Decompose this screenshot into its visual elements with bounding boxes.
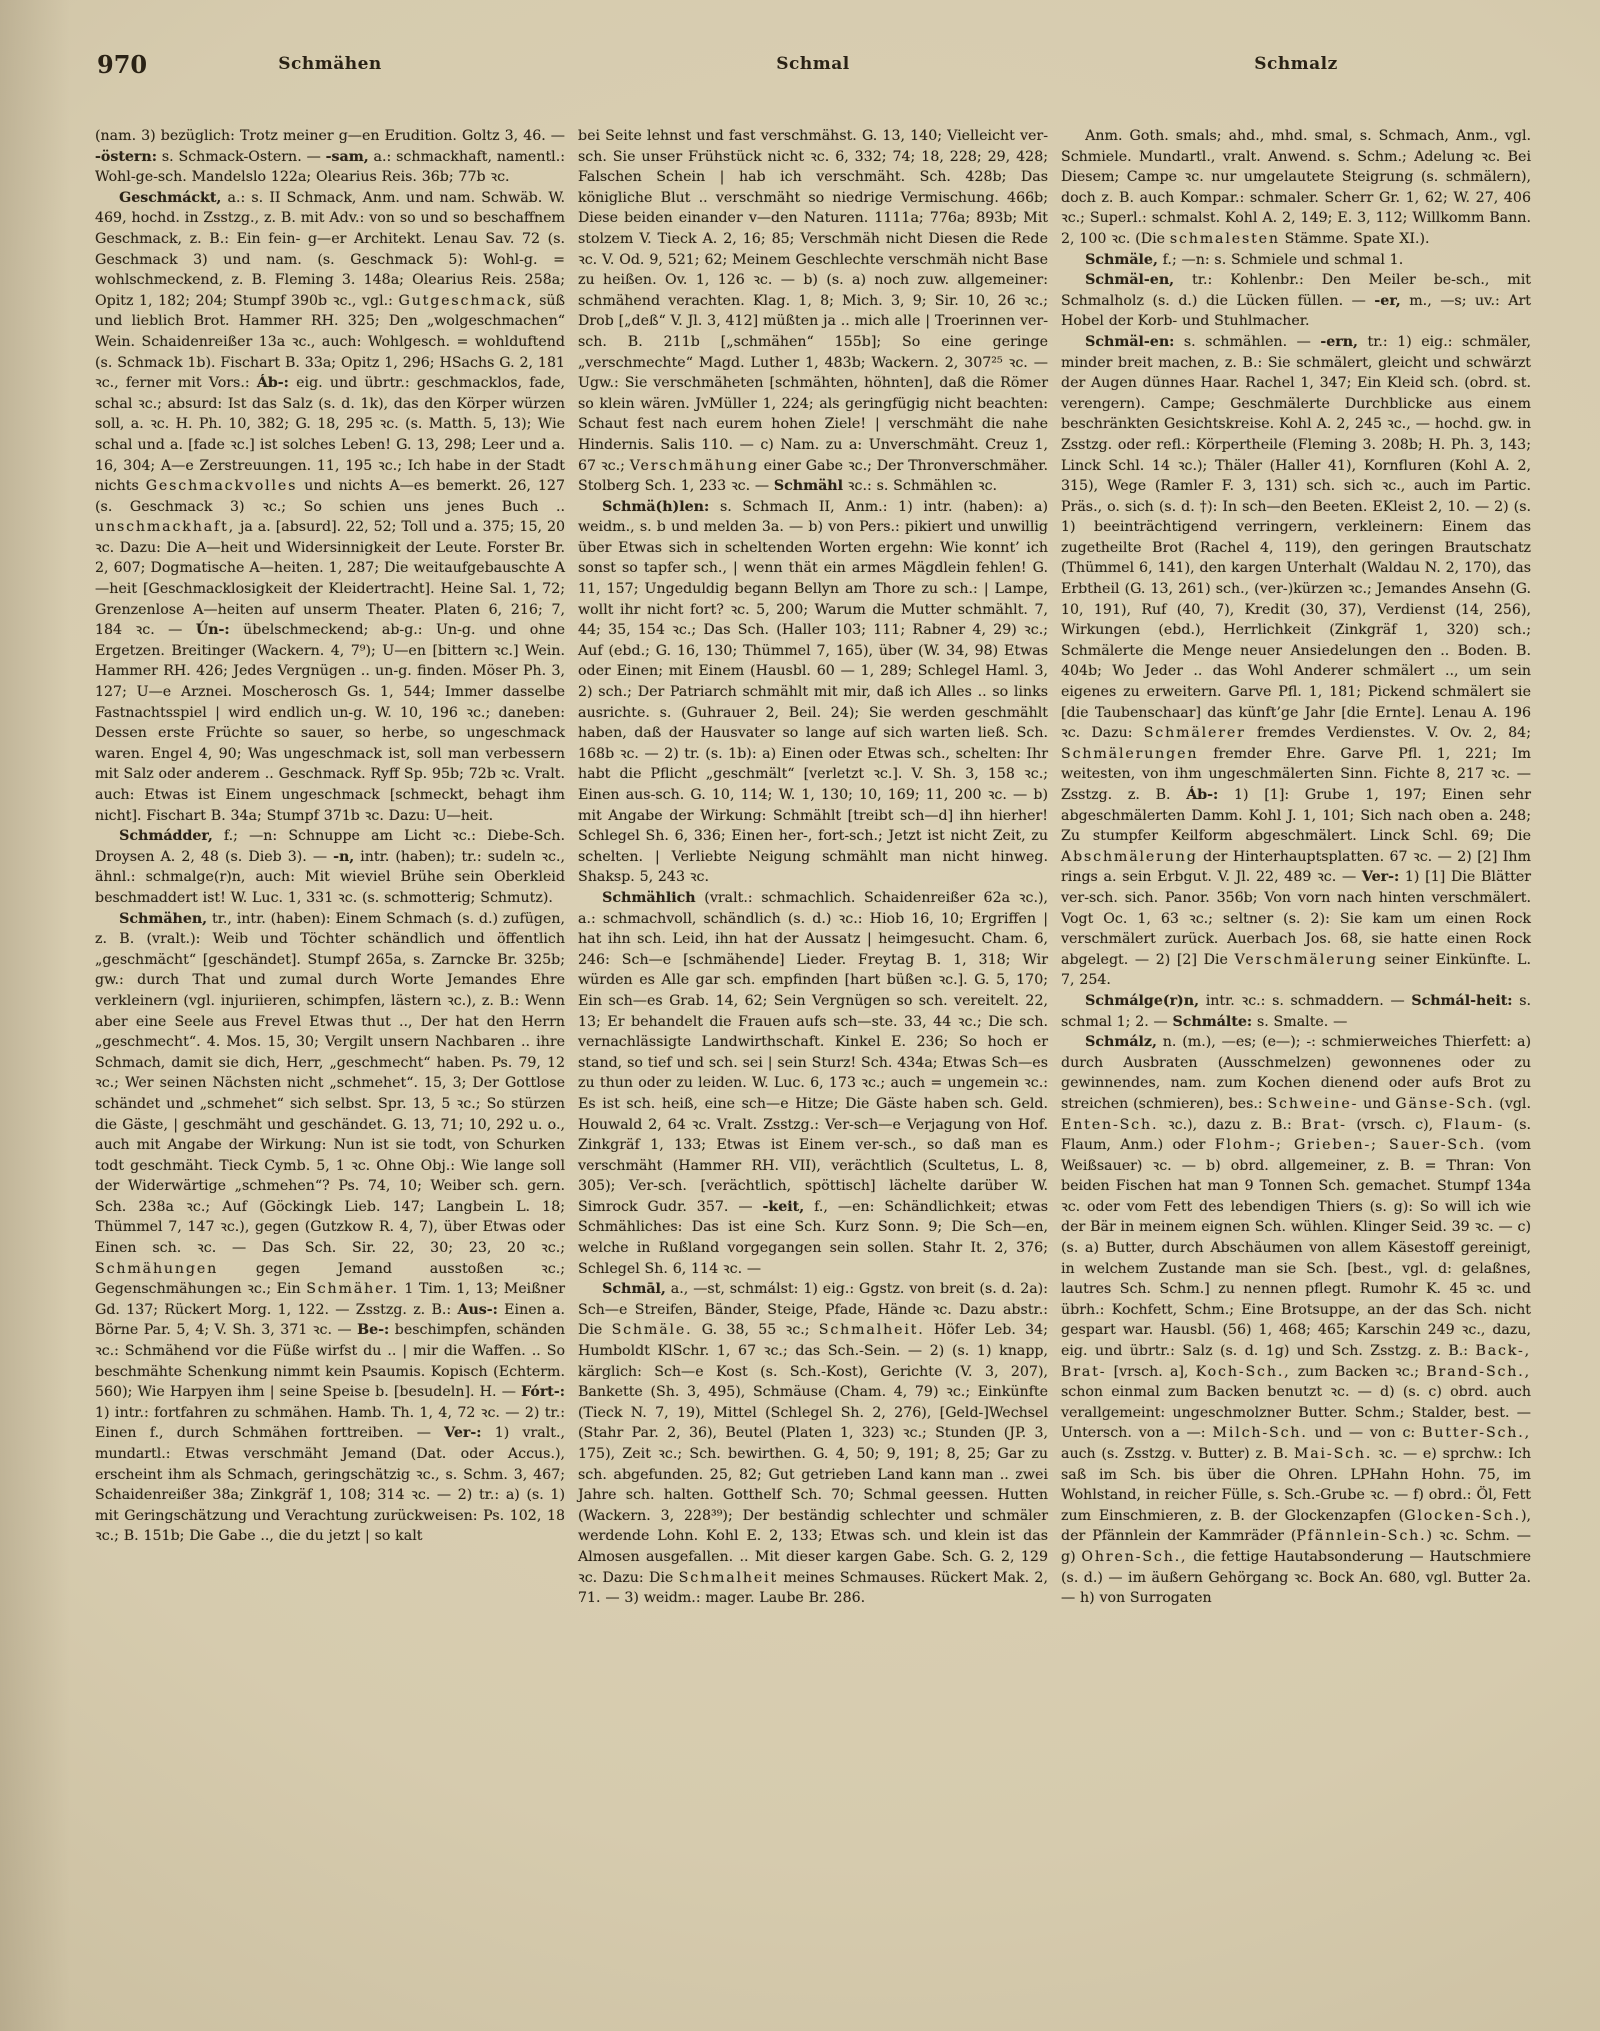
headword: Be-: [357,1322,389,1338]
headword: Schmádder, [119,828,213,844]
running-head: Schmähen Schmal Schmalz [95,54,1531,74]
text-segment: und — von c: [1308,1425,1422,1441]
text-segment: auch (s. Zsstzg. v. Butter) z. B. [1061,1446,1294,1462]
text-segment: a.: s. II Schmack, Anm. und nam. Schwäb.… [95,190,565,309]
spaced-text: Pfännlein-Sch. [1296,1528,1426,1544]
headword: Fórt-: [521,1384,565,1400]
entry-paragraph: Anm. Goth. smals; ahd., mhd. smal, s. Sc… [1061,126,1531,250]
text-segment: eig. und übrtr.: geschmacklos, fade, sch… [95,375,565,494]
text-segment: s. schmählen. — [1174,334,1320,350]
headword: -n, [333,849,354,865]
text-segment: übelschmeckend; ab-g.: Un-g. und ohne Er… [95,622,565,823]
headword: -keit, [763,1199,805,1215]
text-column-2: bei Seite lehnst und fast verschmähst. G… [578,126,1048,1609]
text-segment: fremdes Verdienstes. V. Ov. 2, 84; [1246,725,1531,741]
headword: -ern, [1320,334,1358,350]
entry-paragraph: Schmádder, f.; —n: Schnuppe am Licht ꝛc.… [95,826,565,908]
text-segment: G. 38, 55 ꝛc.; [693,1322,819,1338]
running-head-center: Schmal [578,54,1048,74]
headword: Schmählich [602,890,695,906]
entry-paragraph: (nam. 3) bezüglich: Trotz meiner g—en Er… [95,126,565,188]
spaced-text: Ohren-Sch., [1081,1549,1187,1565]
spaced-text: Brat- [1301,1117,1346,1133]
text-segment: (vom Weißsauer) ꝛc. — b) obrd. allgemein… [1061,1137,1531,1359]
spaced-text: Enten-Sch. [1061,1117,1158,1133]
text-segment: (vralt.: schmachlich. Schaidenreißer 62a… [578,890,1048,1215]
headword: Schmálz, [1085,1034,1157,1050]
text-segment: s. Schmach II, Anm.: 1) intr. (haben): a… [578,499,1048,886]
text-columns: (nam. 3) bezüglich: Trotz meiner g—en Er… [95,126,1531,1609]
headword: Schmä(h)len: [602,499,709,515]
text-segment: (vgl. [1494,1096,1531,1112]
text-segment: (vrsch. c), [1347,1117,1443,1133]
spaced-text: Schmalheit. [819,1322,925,1338]
spaced-text: Verschmähung [630,458,759,474]
scanned-dictionary-page: 970 Schmähen Schmal Schmalz (nam. 3) bez… [0,0,1600,2031]
text-segment: und [1358,1096,1395,1112]
headword: Schmálge(r)n, [1085,993,1199,1009]
headword: Schmähl [774,478,843,494]
spaced-text: Schmalheit [679,1570,778,1586]
headword: Geschmáckt, [119,190,221,206]
spaced-text: Gutgeschmack, [399,293,534,309]
entry-paragraph: Schmä(h)len: s. Schmach II, Anm.: 1) int… [578,497,1048,888]
headword: Schmäl-en, [1085,272,1174,288]
spaced-text: Mai-Sch. [1294,1446,1372,1462]
spaced-text: Abschmälerung [1061,849,1198,865]
entry-paragraph: bei Seite lehnst und fast verschmähst. G… [578,126,1048,497]
text-segment: [vrsch. a], [1106,1364,1195,1380]
text-segment: ja a. [absurd]. 22, 52; Toll und a. 375;… [95,519,565,638]
entry-paragraph: Schmäl-en: s. schmählen. — -ern, tr.: 1)… [1061,332,1531,991]
entry-paragraph: Schmálz, n. (m.), —es; (e—); -: schmierw… [1061,1032,1531,1609]
running-head-right: Schmalz [1061,54,1531,74]
text-segment: s. Smalte. — [1252,1014,1347,1030]
spaced-text: Schmälerungen [1061,746,1198,762]
entry-paragraph: Schmāl, a., —st, schmálst: 1) eig.: Ggst… [578,1279,1048,1609]
spaced-text: Verschmälerung [1235,952,1378,968]
text-segment: Anm. Goth. smals; ahd., mhd. smal, s. Sc… [1061,128,1531,247]
text-segment: Stämme. Spate XI.). [1280,231,1430,247]
headword: Schmäl-en: [1085,334,1174,350]
headword: Ún-: [196,622,230,638]
text-segment: f.; —n: s. Schmiele und schmal 1. [1158,252,1403,268]
spaced-text: Butter-Sch., [1422,1425,1531,1441]
text-segment: ꝛc.: s. Schmählen ꝛc. [843,478,997,494]
headword: Ver-: [444,1425,481,1441]
entry-paragraph: Schmähen, tr., intr. (haben): Einem Schm… [95,909,565,1547]
spaced-text: Brand-Sch., [1426,1364,1531,1380]
headword: Schmäle, [1085,252,1158,268]
running-head-left: Schmähen [95,54,565,74]
text-segment: s. Schmack-Ostern. — [157,149,326,165]
text-column-3: Anm. Goth. smals; ahd., mhd. smal, s. Sc… [1061,126,1531,1609]
spaced-text: Glocken-Sch. [1404,1508,1521,1524]
headword: -östern: [95,149,157,165]
text-segment: 1) vralt., mundartl.: Etwas verschmäht J… [95,1425,565,1544]
spaced-text: Schweine- [1267,1096,1358,1112]
text-segment: zum Backen ꝛc.; [1291,1364,1427,1380]
spaced-text: Milch-Sch. [1212,1425,1307,1441]
headword: Áb-: [257,375,289,391]
spaced-text: schmalesten [1170,231,1280,247]
entry-paragraph: Geschmáckt, a.: s. II Schmack, Anm. und … [95,188,565,826]
headword: Schmāl, [602,1281,666,1297]
text-segment: (nam. 3) bezüglich: Trotz meiner g—en Er… [95,128,565,144]
running-head-keyword: Schmähen [278,54,382,74]
headword: Aus-: [457,1302,497,1318]
headword: Ver-: [1362,869,1399,885]
headword: Schmähen, [119,911,207,927]
spaced-text: Flohm-; Grieben-; Sauer-Sch. [1215,1137,1486,1153]
spaced-text: Schmälerer [1144,725,1246,741]
headword: -sam, [326,149,369,165]
entry-paragraph: Schmálge(r)n, intr. ꝛc.: s. schmaddern. … [1061,991,1531,1032]
spaced-text: Geschmackvolles [146,478,298,494]
headword: -er, [1374,293,1400,309]
headword: Áb-: [1186,787,1218,803]
entry-paragraph: Schmäl-en, tr.: Kohlenbr.: Den Meiler be… [1061,270,1531,332]
text-segment: intr. ꝛc.: s. schmaddern. — [1199,993,1411,1009]
entry-paragraph: Schmählich (vralt.: schmachlich. Schaide… [578,888,1048,1279]
text-segment: tr., intr. (haben): Einem Schmach (s. d.… [95,911,565,1257]
spaced-text: Schmähungen [95,1261,218,1277]
running-head-keyword: Schmal [776,54,849,74]
text-segment: bei Seite lehnst und fast verschmähst. G… [578,128,1048,474]
text-column-1: (nam. 3) bezüglich: Trotz meiner g—en Er… [95,126,565,1547]
text-segment: ꝛc.), dazu z. B.: [1158,1117,1301,1133]
spaced-text: Koch-Sch., [1196,1364,1291,1380]
headword: Schmálte: [1173,1014,1253,1030]
spaced-text: unschmackhaft, [95,519,235,535]
running-head-keyword: Schmalz [1254,54,1338,74]
headword: Schmál-heit: [1411,993,1512,1009]
spaced-text: Schmäle. [612,1322,693,1338]
spaced-text: Schmäher. [306,1281,399,1297]
text-segment: Höfer Leb. 34; Humboldt KlSchr. 1, 67 ꝛc… [578,1322,1048,1585]
spaced-text: Gänse-Sch. [1395,1096,1494,1112]
spaced-text: Flaum- [1443,1117,1504,1133]
text-segment: tr.: 1) eig.: schmäler, minder breit mac… [1061,334,1531,741]
entry-paragraph: Schmäle, f.; —n: s. Schmiele und schmal … [1061,250,1531,271]
